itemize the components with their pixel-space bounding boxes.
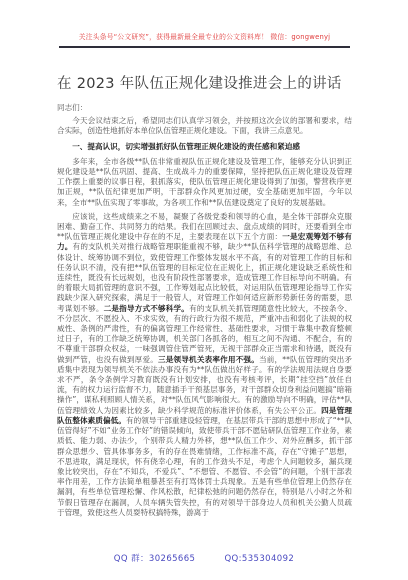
text-run: 今天会议结束之后，希望同志们认真学习领会，并按照这次会议的部署和要求，结合实际，… (57, 116, 352, 135)
bold-text-run: 一、提高认识，切实增强抓好队伍管理正规化建设的责任感和紧迫感 (72, 142, 300, 151)
paragraph-heading: 一、提高认识，切实增强抓好队伍管理正规化建设的责任感和紧迫感 (57, 142, 352, 152)
qq-group-label: QQ 群： (114, 554, 149, 564)
bold-text-run: 二是指导方式不够科学。 (104, 304, 189, 313)
qq-number: 535304092 (242, 554, 294, 564)
promo-header-text: 关注头条号“公文研究”，获得最新最全最专业的公文资料库！ 微信：gongweny… (79, 33, 331, 41)
text-run: 有的领导干部重建设轻管理，在基层带兵干部的思想中形成了“**队伍管得好”不如“业… (57, 416, 352, 517)
text-run: 同志们： (57, 103, 87, 112)
bold-text-run: 三是领导机关表率作用不强。 (158, 355, 259, 364)
contact-footer: QQ 群：30265665 QQ:535304092 (0, 552, 408, 564)
document-page: 关注头条号“公文研究”，获得最新最全最专业的公文资料库！ 微信：gongweny… (0, 0, 408, 580)
text-run: 多年来，全市各级**队伍非常重视队伍正规化建设及管理工作，能够充分认识到正规化建… (57, 157, 352, 207)
promo-header: 关注头条号“公文研究”，获得最新最全最专业的公文资料库！ 微信：gongweny… (59, 24, 350, 48)
paragraph-body: 应该说，这些成绩来之不易，凝聚了各级党委和领导的心血，是全体干部群众克服困难、勤… (57, 212, 352, 518)
text-run: 有的支队机关对推行战略管理职能重视不够，缺少**队伍科学管理的战略思维、总体设计… (57, 242, 352, 312)
document-title: 在 2023 年队伍正规化建设推进会上的讲话 (57, 72, 352, 93)
qq-label: QQ: (224, 554, 241, 564)
paragraph-body: 今天会议结束之后，希望同志们认真学习领会，并按照这次会议的部署和要求，结合实际，… (57, 116, 352, 136)
qq-group-number: 30265665 (149, 554, 195, 564)
document-body: 同志们：今天会议结束之后，希望同志们认真学习领会，并按照这次会议的部署和要求，结… (57, 103, 352, 518)
qq-contact: QQ:535304092 (224, 554, 294, 564)
paragraph-salutation: 同志们： (57, 103, 352, 113)
paragraph-body: 多年来，全市各级**队伍非常重视队伍正规化建设及管理工作，能够充分认识到正规化建… (57, 157, 352, 208)
qq-group-contact: QQ 群：30265665 (114, 552, 196, 564)
